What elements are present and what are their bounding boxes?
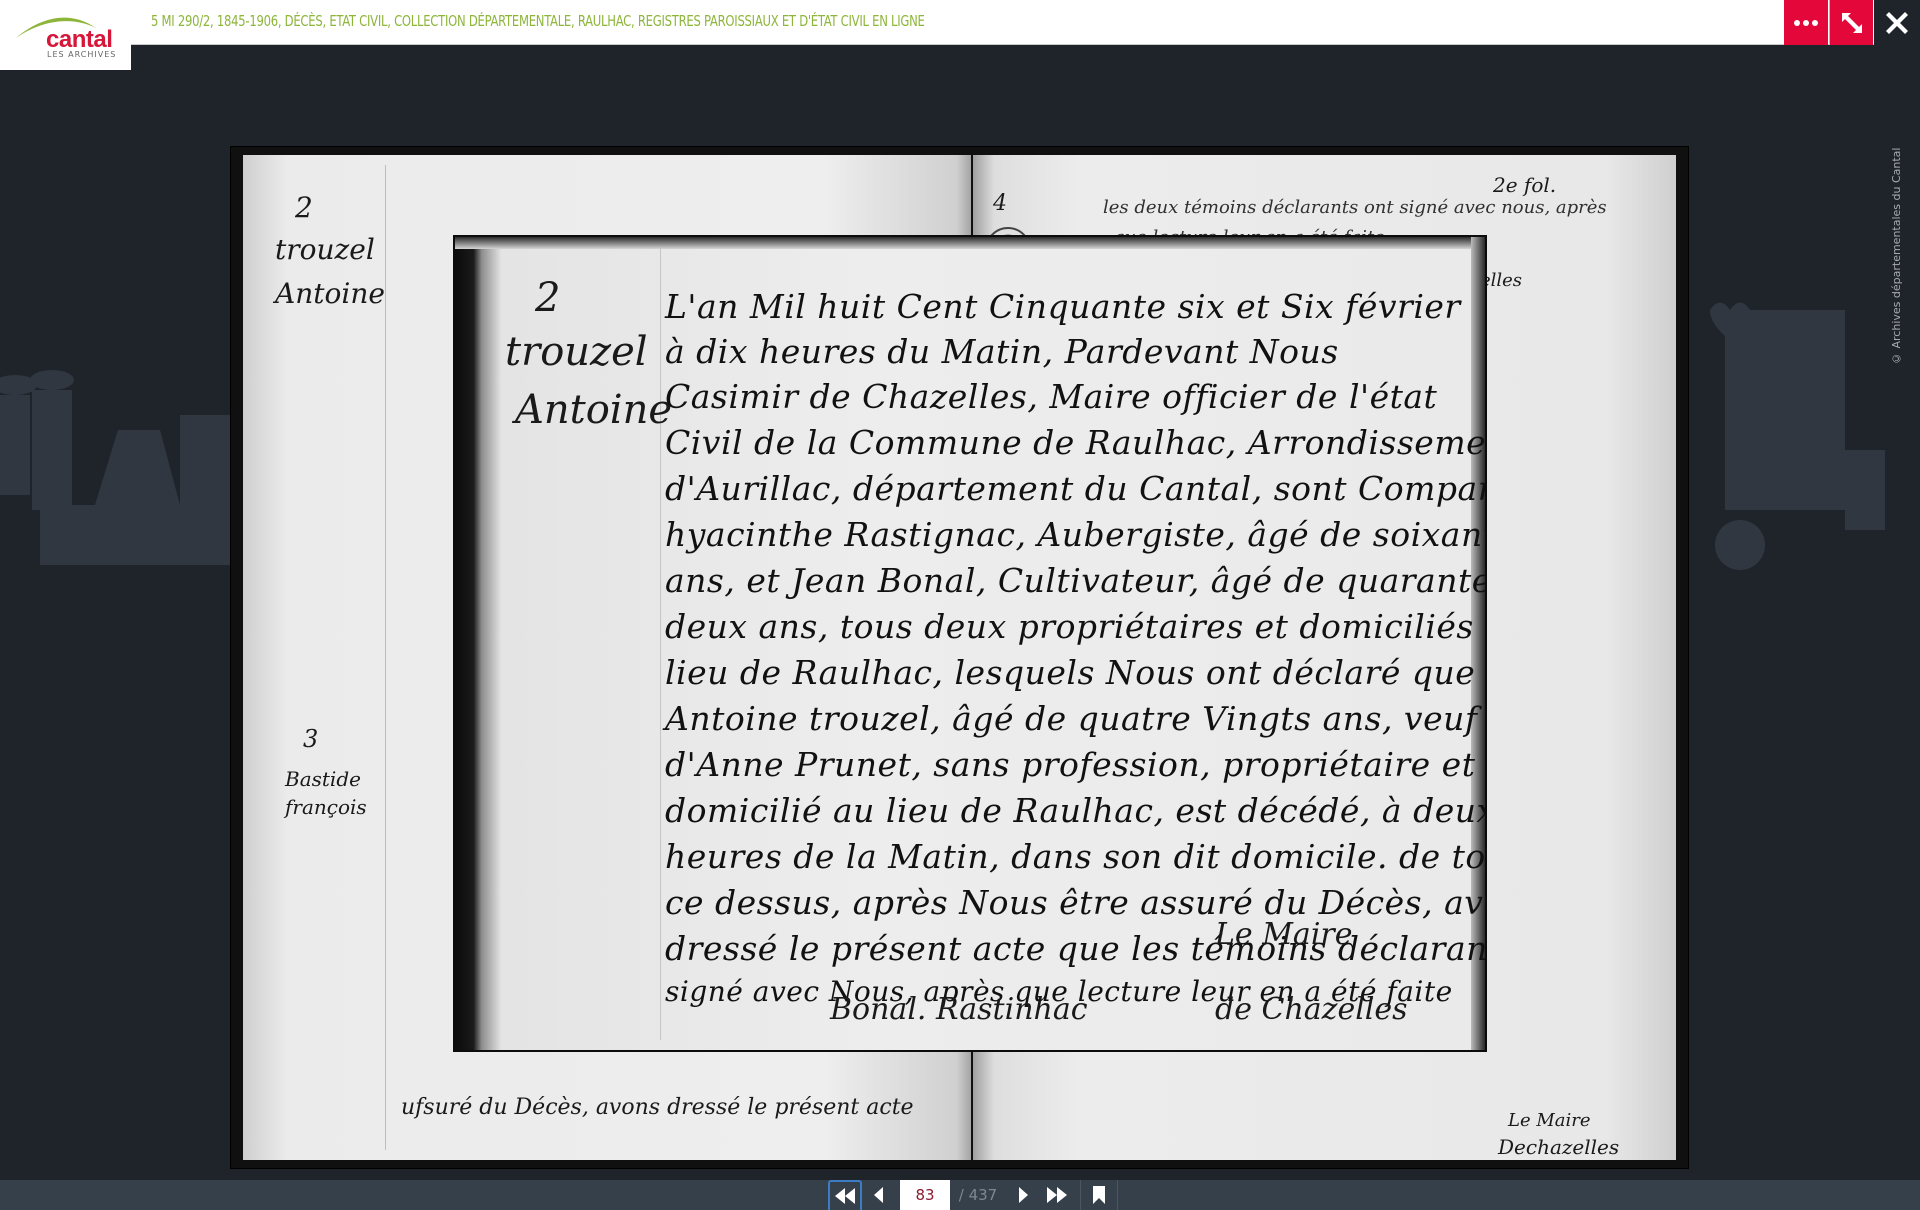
logo-subtitle: LES ARCHIVES <box>47 50 116 59</box>
entry-name: Antoine <box>275 277 385 310</box>
current-page-input[interactable] <box>900 1180 950 1210</box>
nav-separator <box>1080 1180 1081 1210</box>
bookmark-button[interactable] <box>1087 1180 1111 1210</box>
close-button[interactable] <box>1874 0 1920 45</box>
expand-arrows-icon <box>1839 10 1865 36</box>
magnified-entry-number: 2 <box>535 275 560 321</box>
first-page-button[interactable] <box>828 1180 862 1210</box>
magnified-text-line: d'Anne Prunet, sans profession, propriét… <box>665 745 1475 784</box>
cantal-archives-logo[interactable]: cantal LES ARCHIVES <box>0 0 131 70</box>
image-viewer[interactable]: © Archives départementales du Cantal 2 t… <box>0 45 1920 1180</box>
magnifier-margin-line <box>660 247 661 1040</box>
more-options-button[interactable] <box>1784 0 1828 45</box>
magnified-text-line: Civil de la Commune de Raulhac, Arrondis… <box>665 423 1485 462</box>
first-page-icon <box>833 1187 857 1205</box>
pager: / 437 <box>828 1180 1124 1210</box>
entry-number: 2 <box>295 191 313 224</box>
magnified-closing: Le Maire <box>1215 917 1353 952</box>
previous-page-icon <box>872 1186 886 1204</box>
magnified-signature-left: Bonal. Rastinhac <box>830 992 1088 1027</box>
closing-text: Le Maire <box>1508 1110 1591 1131</box>
background-illustration-left <box>0 305 230 575</box>
page-navigation-bar: / 437 <box>0 1180 1920 1210</box>
previous-page-button[interactable] <box>862 1180 896 1210</box>
close-x-icon <box>1885 11 1909 35</box>
magnified-text-line: deux ans, tous deux propriétaires et dom… <box>665 607 1485 646</box>
last-page-icon <box>1045 1186 1069 1204</box>
top-header: cantal LES ARCHIVES 5 MI 290/2, 1845-190… <box>0 0 1920 45</box>
total-pages: / 437 <box>950 1180 1006 1210</box>
entry-name: trouzel <box>275 233 375 266</box>
magnified-text-line: ans, et Jean Bonal, Cultivateur, âgé de … <box>665 561 1485 600</box>
magnified-text-line: à dix heures du Matin, Pardevant Nous <box>665 332 1339 371</box>
next-page-icon <box>1016 1186 1030 1204</box>
next-page-button[interactable] <box>1006 1180 1040 1210</box>
magnified-signature-right: de Chazelles <box>1215 992 1408 1027</box>
left-page-margin <box>385 165 386 1150</box>
magnified-text-line: Casimir de Chazelles, Maire officier de … <box>665 377 1437 416</box>
entry-number: 3 <box>303 725 318 753</box>
right-page-line: les deux témoins déclarants ont signé av… <box>1103 197 1607 218</box>
magnified-entry-name: trouzel <box>505 329 648 375</box>
nav-separator <box>1117 1180 1118 1210</box>
magnifier-lens[interactable]: 2 trouzel Antoine L'an Mil huit Cent Cin… <box>455 237 1485 1050</box>
magnified-text-line: domicilié au lieu de Raulhac, est décédé… <box>665 791 1485 830</box>
magnified-text-line: hyacinthe Rastignac, Aubergiste, âgé de … <box>665 515 1485 554</box>
magnified-text-line: d'Aurillac, département du Cantal, sont … <box>665 469 1485 508</box>
last-page-button[interactable] <box>1040 1180 1074 1210</box>
bookmark-icon <box>1092 1185 1106 1205</box>
magnified-text-line: Antoine trouzel, âgé de quatre Vingts an… <box>665 699 1478 738</box>
magnifier-top-edge <box>455 237 1485 249</box>
more-dots-icon <box>1794 20 1818 26</box>
fullscreen-button[interactable] <box>1829 0 1873 45</box>
copyright-credit: © Archives départementales du Cantal <box>1890 125 1910 365</box>
closing-signature: Dechazelles <box>1498 1135 1619 1159</box>
background-illustration-right <box>1695 290 1885 570</box>
entry-name: Bastide <box>285 767 361 791</box>
magnified-text-line: dressé le présent acte que les témoins d… <box>665 929 1485 968</box>
entry-name: françois <box>285 795 367 819</box>
left-page-bottom-line: ufsuré du Décès, avons dressé le présent… <box>401 1095 914 1120</box>
document-title: 5 MI 290/2, 1845-1906, DÉCÈS, ETAT CIVIL… <box>151 12 925 30</box>
magnified-entry-name: Antoine <box>515 387 672 433</box>
magnified-text-line: ce dessus, après Nous être assuré du Déc… <box>665 883 1485 922</box>
magnified-text-line: L'an Mil huit Cent Cinquante six et Six … <box>665 287 1461 326</box>
folio-note: 2e fol. <box>1493 173 1556 197</box>
magnified-text-line: heures de la Matin, dans son dit domicil… <box>665 837 1485 876</box>
page-number: 4 <box>993 191 1007 216</box>
magnified-text-line: lieu de Raulhac, lesquels Nous ont décla… <box>665 653 1475 692</box>
